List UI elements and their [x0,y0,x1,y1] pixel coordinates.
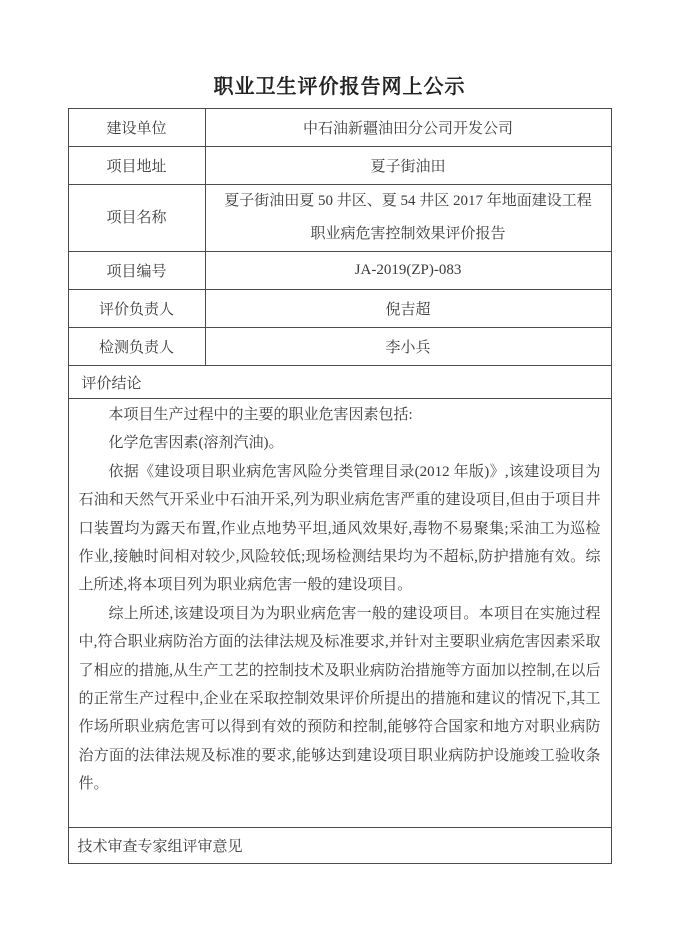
table-row: 本项目生产过程中的主要的职业危害因素包括:化学危害因素(溶剂汽油)。依据《建设项… [68,399,611,828]
conclusion-paragraph: 化学危害因素(溶剂汽油)。 [79,429,601,457]
row-value: 倪吉超 [205,290,611,328]
table-row: 项目地址夏子街油田 [68,147,611,185]
conclusion-section: 评价结论 本项目生产过程中的主要的职业危害因素包括:化学危害因素(溶剂汽油)。依… [68,366,611,864]
row-value: 夏子街油田夏 50 井区、夏 54 井区 2017 年地面建设工程职业病危害控制… [205,185,611,252]
report-table: 建设单位中石油新疆油田分公司开发公司项目地址夏子街油田项目名称夏子街油田夏 50… [68,108,612,864]
row-value: 中石油新疆油田分公司开发公司 [205,109,611,147]
row-value: 夏子街油田 [205,147,611,185]
table-row: 评价负责人倪吉超 [68,290,611,328]
table-row: 技术审查专家组评审意见 [68,828,611,864]
conclusion-paragraph: 本项目生产过程中的主要的职业危害因素包括: [79,401,601,429]
row-label: 项目名称 [68,185,205,252]
conclusion-body: 本项目生产过程中的主要的职业危害因素包括:化学危害因素(溶剂汽油)。依据《建设项… [68,399,611,828]
row-label: 评价负责人 [68,290,205,328]
row-label: 项目地址 [68,147,205,185]
table-row: 项目名称夏子街油田夏 50 井区、夏 54 井区 2017 年地面建设工程职业病… [68,185,611,252]
table-row: 建设单位中石油新疆油田分公司开发公司 [68,109,611,147]
row-value: JA-2019(ZP)-083 [205,252,611,290]
table-row: 项目编号JA-2019(ZP)-083 [68,252,611,290]
table-row: 检测负责人李小兵 [68,328,611,366]
row-label: 建设单位 [68,109,205,147]
conclusion-paragraph: 依据《建设项目职业病危害风险分类管理目录(2012 年版)》,该建设项目为石油和… [79,458,601,600]
info-rows-section: 建设单位中石油新疆油田分公司开发公司项目地址夏子街油田项目名称夏子街油田夏 50… [68,109,611,366]
document-page: 职业卫生评价报告网上公示 建设单位中石油新疆油田分公司开发公司项目地址夏子街油田… [0,0,679,936]
conclusion-paragraphs: 本项目生产过程中的主要的职业危害因素包括:化学危害因素(溶剂汽油)。依据《建设项… [79,401,601,799]
table-row: 评价结论 [68,366,611,399]
row-label: 项目编号 [68,252,205,290]
conclusion-paragraph: 综上所述,该建设项目为为职业病危害一般的建设项目。本项目在实施过程中,符合职业病… [79,600,601,799]
row-value: 李小兵 [205,328,611,366]
document-title: 职业卫生评价报告网上公示 [0,70,679,99]
expert-review-header: 技术审查专家组评审意见 [68,828,611,864]
row-label: 检测负责人 [68,328,205,366]
conclusion-header: 评价结论 [68,366,611,399]
